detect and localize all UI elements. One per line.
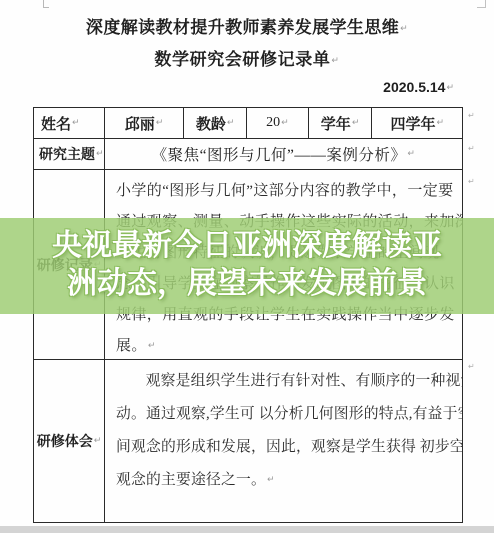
name-value-text: 邱丽: [125, 113, 155, 134]
video-caption-overlay: 央视最新今日亚洲深度解读亚 洲动态，展望未来发展前景: [0, 218, 494, 314]
date-text: 2020.5.14: [383, 79, 445, 95]
reflection-line: 观察是组织学生进行有针对性、有顺序的一种视觉活: [116, 365, 456, 398]
age-value-text: 20: [266, 115, 280, 131]
document-title-line2: 数学研究会研修记录单↵: [0, 45, 494, 70]
document-page: 深度解读教材提升教师素养发展学生思维↵ 数学研究会研修记录单↵ 2020.5.1…: [0, 0, 494, 533]
year-value-text: 四学年: [390, 113, 435, 134]
reflection-line: 动。通过观察,学生可 以分析几何图形的特点,有益于空: [116, 398, 456, 431]
cell-name-value: 邱丽↵: [104, 108, 184, 138]
reflection-line-text: 观念的主要途径之一。: [116, 472, 266, 488]
pilcrow-mark: ↵: [267, 475, 275, 485]
cell-age-value: 20↵: [246, 108, 308, 138]
page-corner-mark-left: [43, 0, 49, 8]
pilcrow-mark: ↵: [436, 118, 444, 128]
document-title-line1: 深度解读教材提升教师素养发展学生思维↵: [0, 13, 494, 38]
table-row-reflection: 研修体会↵ 观察是组织学生进行有针对性、有顺序的一种视觉活 动。通过观察,学生可…: [34, 359, 462, 522]
pilcrow-mark: ↵: [96, 149, 104, 159]
cell-reflection-label: 研修体会↵: [34, 360, 104, 522]
name-label-text: 姓名: [41, 113, 71, 134]
topic-value-text: 《聚焦“图形与几何”——案例分析》: [152, 143, 407, 165]
age-label-text: 教龄: [196, 113, 226, 134]
pilcrow-mark: ↵: [400, 24, 408, 34]
pilcrow-mark: ↵: [148, 341, 156, 351]
pilcrow-mark: ↵: [94, 436, 102, 446]
record-line-text: 展。: [116, 338, 147, 354]
pilcrow-mark: ↵: [227, 118, 235, 128]
pilcrow-mark: ↵: [72, 118, 80, 128]
year-label-text: 学年: [321, 113, 351, 134]
pilcrow-mark: ↵: [331, 56, 339, 66]
table-row-header: 姓名↵ 邱丽↵ 教龄↵ 20↵ 学年↵ 四学年↵: [34, 108, 462, 138]
title-line1-text: 深度解读教材提升教师素养发展学生思维: [86, 18, 399, 37]
bottom-gray-bar: [0, 526, 494, 533]
record-line: 小学的“图形与几何”这部分内容的教学中，一定要: [116, 176, 456, 207]
row-end-mark: ↵: [468, 144, 475, 153]
pilcrow-mark: ↵: [352, 118, 360, 128]
pilcrow-mark: ↵: [281, 118, 289, 128]
reflection-label-text: 研修体会: [37, 431, 93, 451]
pilcrow-mark: ↵: [407, 149, 415, 159]
overlay-caption-line2: 洲动态，展望未来发展前景: [0, 265, 494, 303]
reflection-line: 间观念的形成和发展，因此，观察是学生获得 初步空间: [116, 431, 456, 464]
page-corner-mark-right: [477, 0, 486, 8]
pilcrow-mark: ↵: [156, 118, 164, 128]
cell-topic-label: 研究主题↵: [34, 139, 104, 169]
reflection-line-last: 观念的主要途径之一。↵: [116, 464, 456, 497]
cell-year-label: 学年↵: [308, 108, 372, 138]
record-line-last: 展。↵: [116, 331, 456, 359]
document-date: 2020.5.14↵: [383, 79, 454, 95]
cell-name-label: 姓名↵: [34, 108, 104, 138]
title-line2-text: 数学研究会研修记录单: [154, 50, 330, 69]
pilcrow-mark: ↵: [446, 83, 454, 93]
research-record-table: 姓名↵ 邱丽↵ 教龄↵ 20↵ 学年↵ 四学年↵ 研究主题↵ 《聚焦“图形与几何…: [33, 107, 463, 523]
row-end-mark: ↵: [468, 362, 475, 371]
row-end-mark: ↵: [468, 111, 475, 120]
cell-topic-value: 《聚焦“图形与几何”——案例分析》↵: [104, 139, 462, 169]
overlay-caption-line1: 央视最新今日亚洲深度解读亚: [0, 227, 494, 265]
table-row-topic: 研究主题↵ 《聚焦“图形与几何”——案例分析》↵: [34, 138, 462, 169]
cell-reflection-content: 观察是组织学生进行有针对性、有顺序的一种视觉活 动。通过观察,学生可 以分析几何…: [104, 360, 462, 522]
cell-age-label: 教龄↵: [183, 108, 246, 138]
cell-year-value: 四学年↵: [371, 108, 462, 138]
topic-label-text: 研究主题: [39, 144, 95, 164]
row-end-mark: ↵: [468, 177, 475, 186]
